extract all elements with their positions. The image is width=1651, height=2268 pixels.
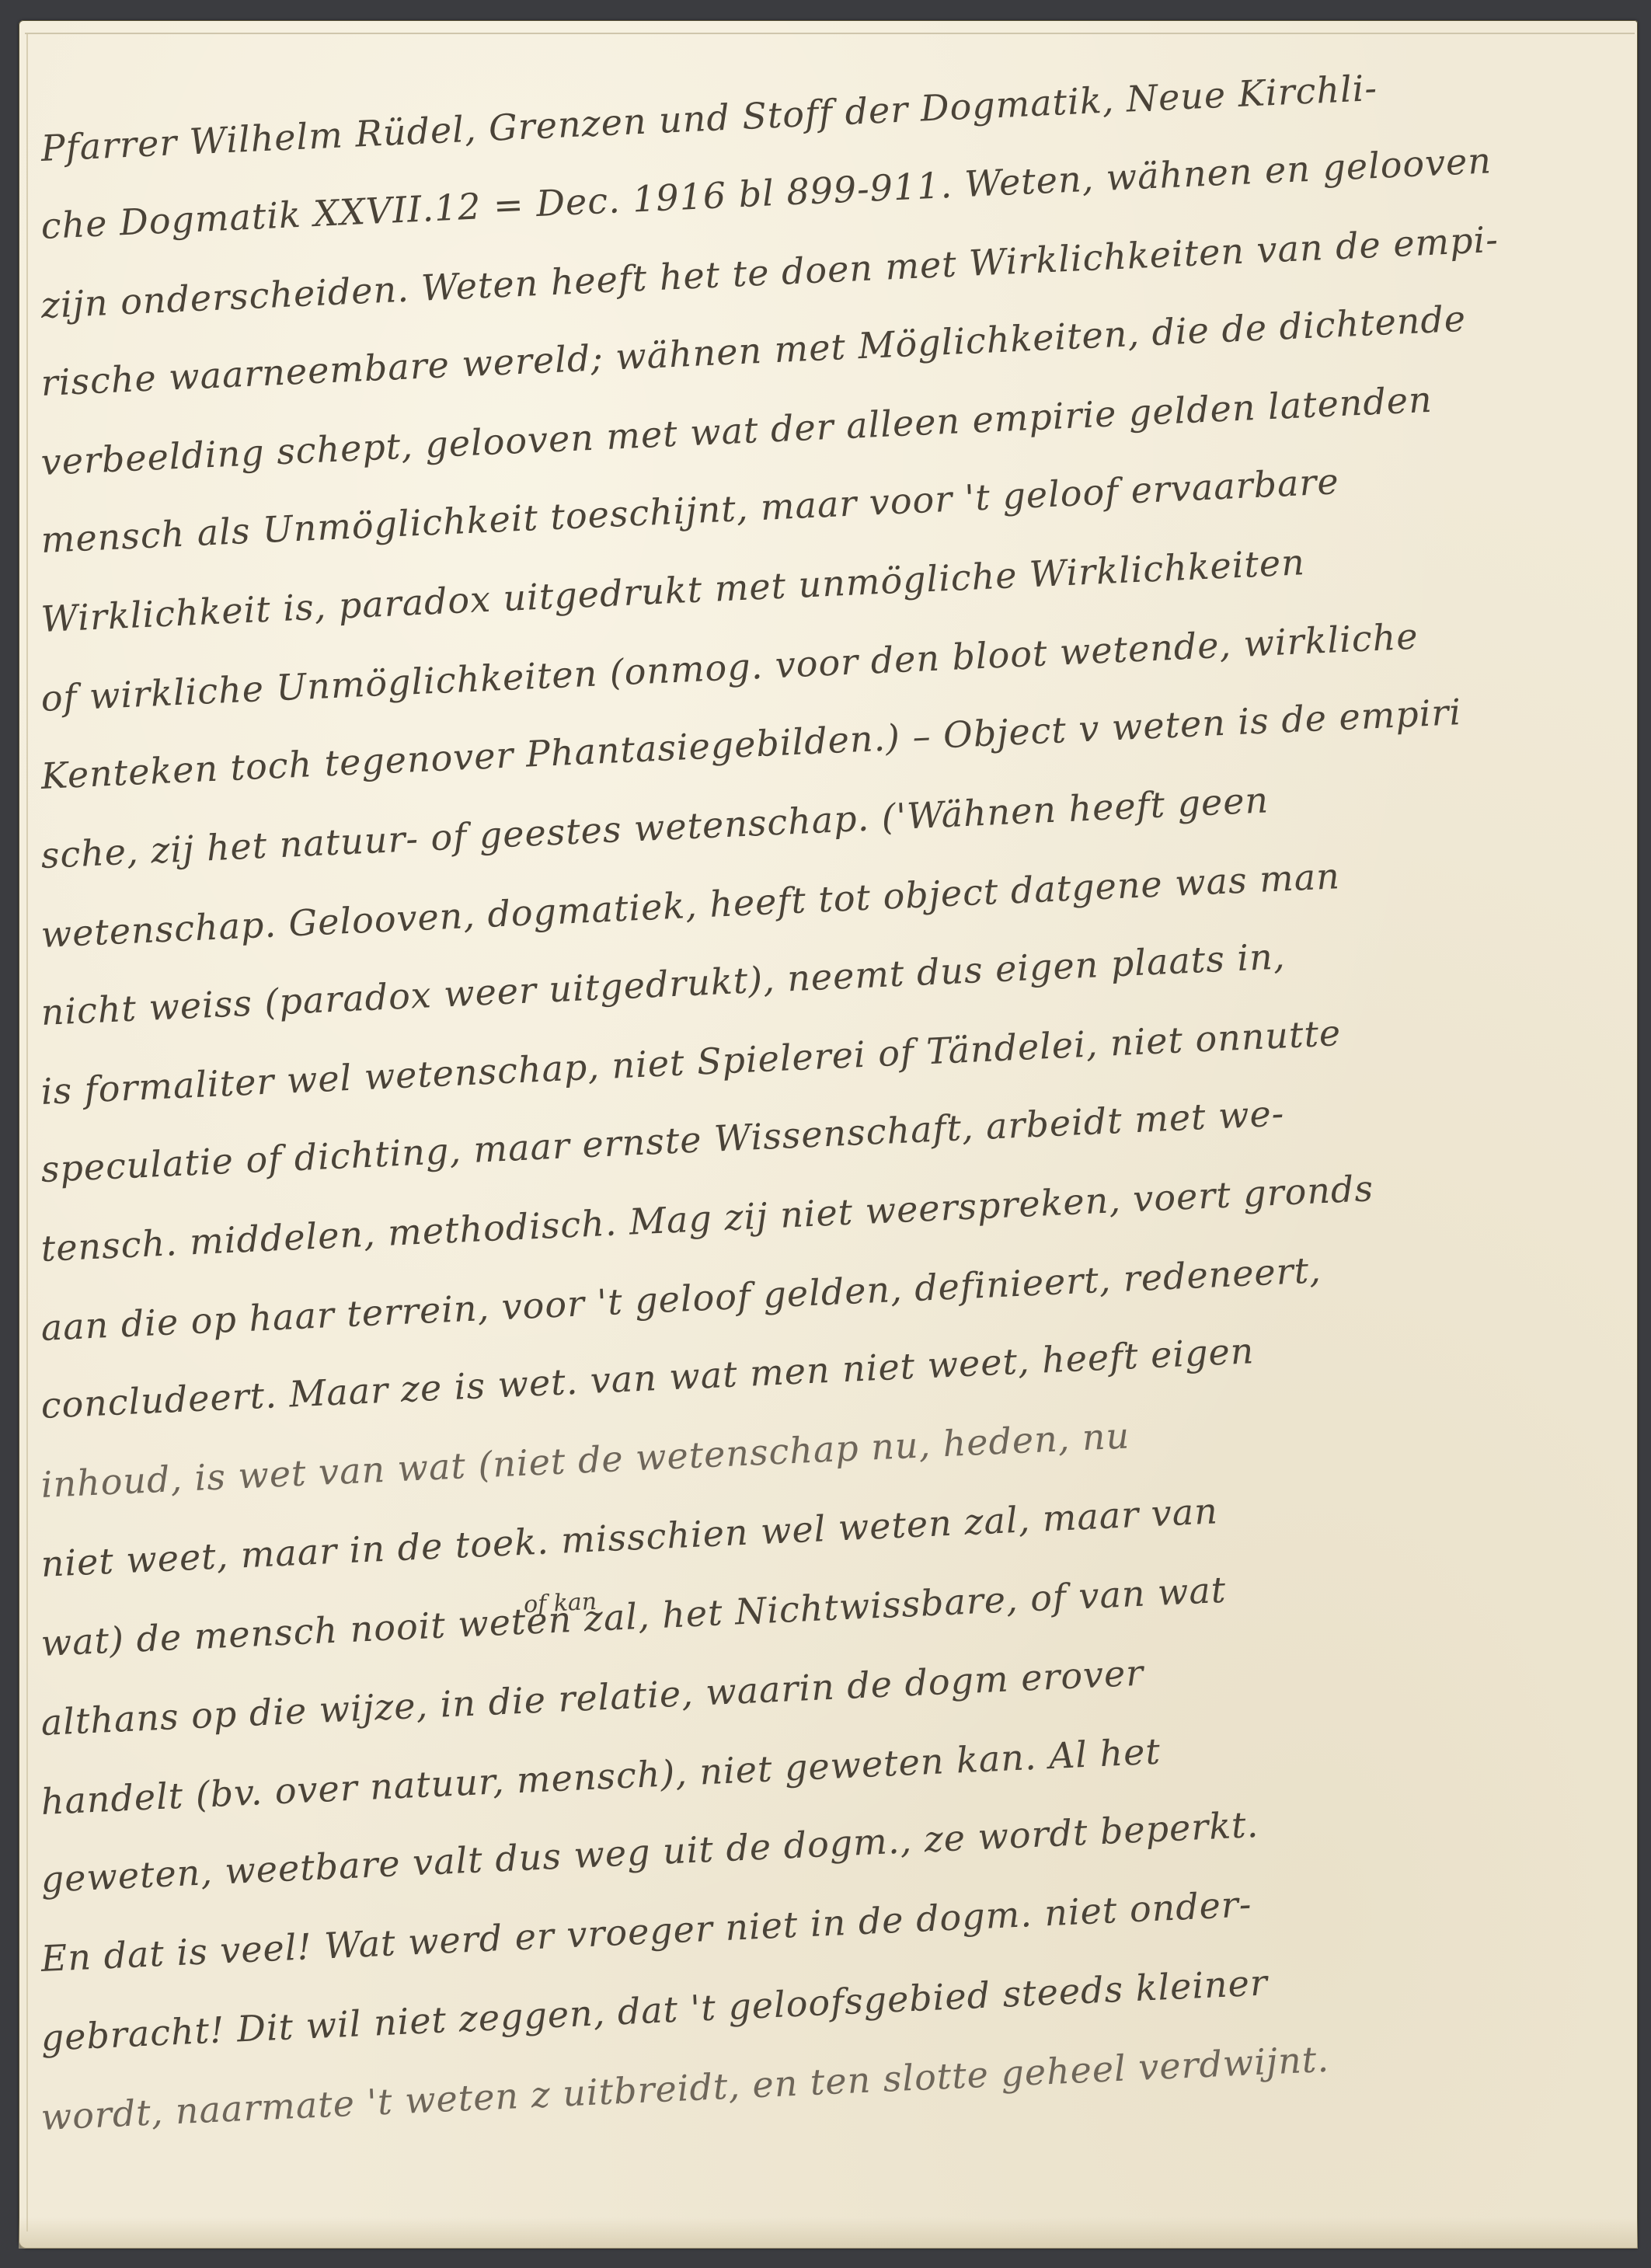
text-line-16: aan die op haar terrein, voor 't geloof … [40, 1249, 1322, 1349]
text-line-23: geweten, weetbare valt dus weg uit de do… [40, 1803, 1260, 1900]
text-line-26: wordt, naarmate 't weten z uitbreidt, en… [40, 2038, 1330, 2138]
text-line-10: sche, zij het natuur- of geestes wetensc… [40, 779, 1270, 876]
text-line-18: inhoud, is wet van wat (niet de wetensch… [40, 1414, 1131, 1506]
text-line-20: wat) de mensch nooit weten zal, het Nich… [40, 1569, 1228, 1664]
text-line-22: handelt (bv. over natuur, mensch), niet … [40, 1730, 1162, 1823]
text-line-12: nicht weiss (paradox weer uitgedrukt), n… [40, 935, 1287, 1033]
text-line-7: Wirklichkeit is, paradox uitgedrukt met … [40, 541, 1306, 640]
text-line-17: concludeert. Maar ze is wet. van wat men… [40, 1329, 1256, 1427]
text-line-6: mensch als Unmöglichkeit toeschijnt, maa… [40, 460, 1340, 561]
text-line-15: tensch. middelen, methodisch. Mag zij ni… [40, 1167, 1374, 1270]
text-line-25: gebracht! Dit wil niet zeggen, dat 't ge… [40, 1961, 1269, 2059]
text-line-14: speculatie of dichting, maar ernste Wiss… [40, 1092, 1286, 1190]
text-line-24: En dat is veel! Wat werd er vroeger niet… [40, 1883, 1253, 1980]
handwritten-text-block: Pfarrer Wilhelm Rüdel, Grenzen und Stoff… [19, 20, 1638, 2249]
manuscript-sheet: Pfarrer Wilhelm Rüdel, Grenzen und Stoff… [19, 20, 1638, 2249]
text-line-19: niet weet, maar in de toek. misschien we… [40, 1489, 1219, 1585]
text-line-21: althans op die wijze, in die relatie, wa… [40, 1652, 1145, 1744]
